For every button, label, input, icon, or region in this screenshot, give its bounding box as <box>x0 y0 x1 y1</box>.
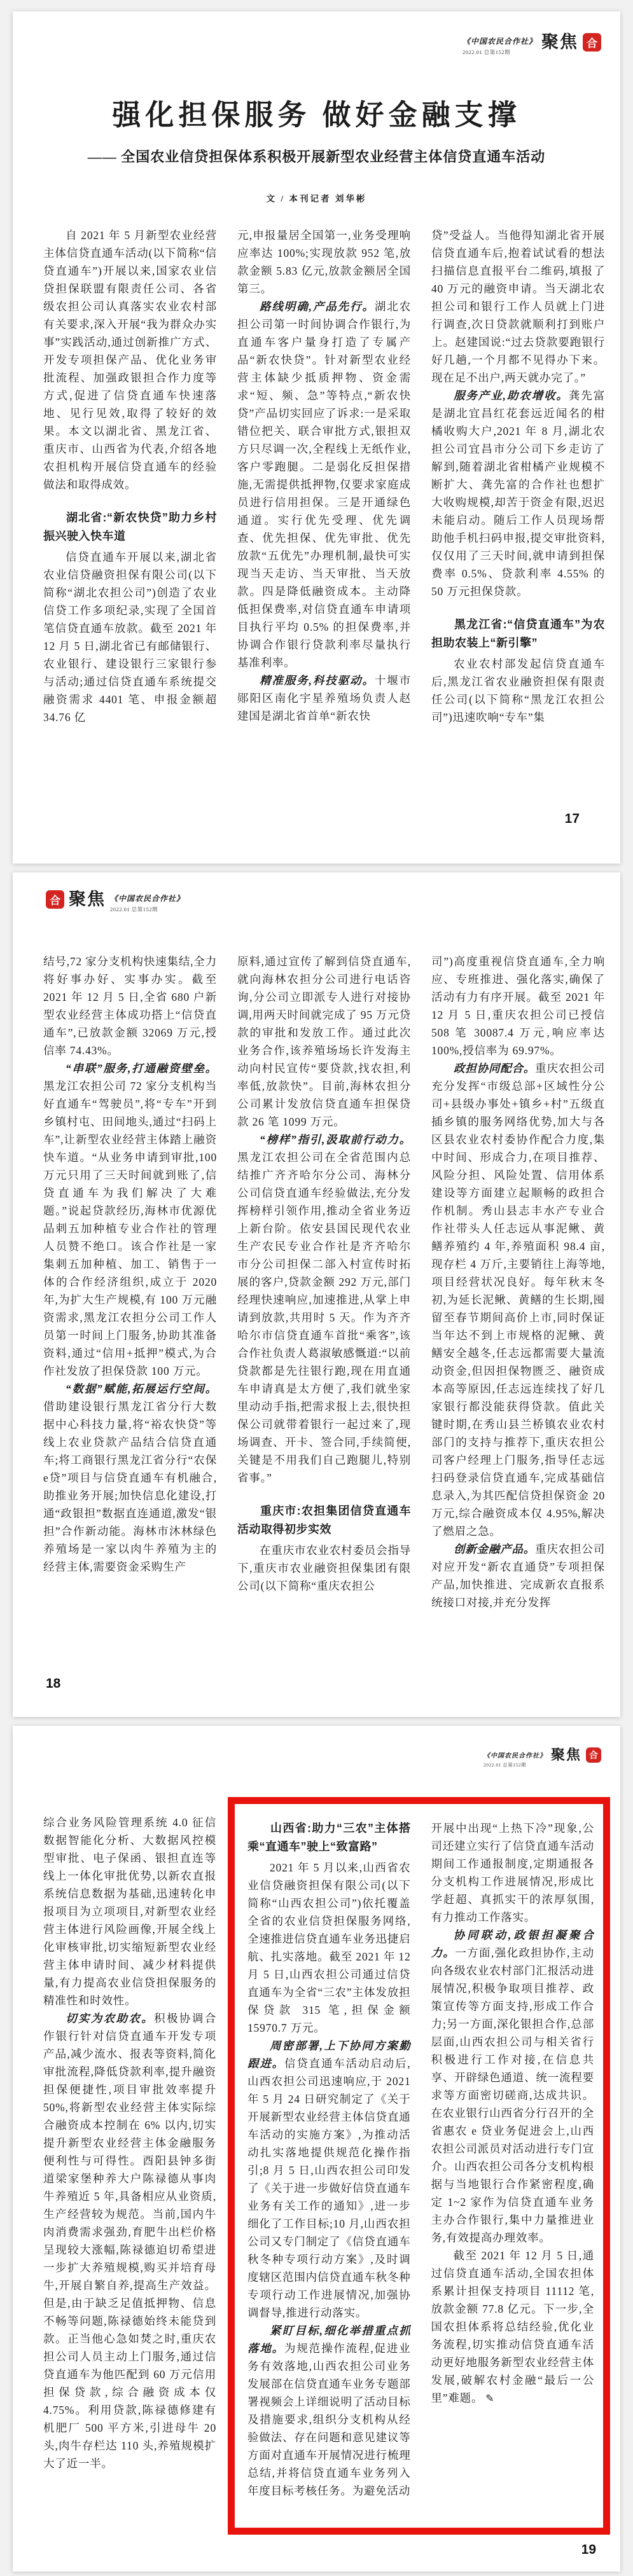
paragraph: “数据”赋能,拓展运行空间。借助建设银行黑龙江省分行大数据中心科技力量,将“裕农… <box>43 1380 217 1576</box>
paragraph: 创新金融产品。重庆农担公司对应开发“新农直通贷”专项担保产品,加快推进、完成新农… <box>431 1540 605 1611</box>
page-19: 《中国农民合作社》 2022.01 总第152期 聚焦 合 综合业务风险管理系统… <box>13 1726 620 2572</box>
journal-name: 《中国农民合作社》 <box>483 1750 546 1760</box>
paragraph: “串联”服务,打通融资壁垒。黑龙江农担公司 72 家分支机构当好直通车“驾驶员”… <box>43 1059 217 1380</box>
section-title: 聚焦 <box>69 890 106 908</box>
column-2: 原料,通过宣传了解到信贷直通车,就向海林农担分公司进行电话咨询,分公司立即派专人… <box>237 953 411 1663</box>
text-columns: 结号,72 家分支机构快速集结,全力将好事办好、实事办实。截至 2021 年 1… <box>43 953 605 1663</box>
journal-name: 《中国农民合作社》 <box>463 36 537 46</box>
masthead: 合 聚焦 《中国农民合作社》 2022.01 总第152期 <box>46 890 184 913</box>
paragraph: 2021 年 5 月以来,山西省农业信贷融资担保有限公司(以下简称“山西农担公司… <box>247 1859 411 2037</box>
paragraph: 截至 2021 年 12 月 5 日,通过信贷直通车活动,全国农担体系累计担保支… <box>431 2247 595 2408</box>
issue-info: 2022.01 总第152期 <box>110 906 158 913</box>
section-title: 聚焦 <box>551 1747 581 1762</box>
highlight-red-box: 山西省:助力“三农”主体搭乘“直通车”驶上“致富路” 2021 年 5 月以来,… <box>228 1797 610 2535</box>
section-heading-chongqing: 重庆市:农担集团信贷直通车活动取得初步实效 <box>237 1502 411 1539</box>
article-end-pencil-icon: ✎ <box>483 2393 494 2404</box>
issue-info: 2022.01 总第152期 <box>483 1761 526 1768</box>
paragraph: 周密部署,上下协同方案勤跟进。信贷直通车活动启动后,山西农担公司迅速响应,于 2… <box>247 2037 411 2322</box>
page-number: 18 <box>46 1676 60 1691</box>
paragraph: 自 2021 年 5 月新型农业经营主体信贷直通车活动(以下简称“信贷直通车”)… <box>43 226 217 493</box>
magazine-seal-icon: 合 <box>46 890 64 909</box>
paragraph: 综合业务风险管理系统 4.0 征信数据智能化分析、大数据风控模型审批、电子保函、… <box>43 1814 216 2009</box>
masthead: 《中国农民合作社》 2022.01 总第152期 聚焦 合 <box>483 1747 601 1768</box>
magazine-seal-icon: 合 <box>583 33 601 52</box>
paragraph: 农业农村部发起信贷直通车后,黑龙江省农业融资担保有限责任公司(以下简称“黑龙江农… <box>431 655 605 726</box>
paragraph: 司”)高度重视信贷直通车,全力响应、专班推进、强化落实,确保了活动有力有序开展。… <box>431 953 605 1059</box>
section-title: 聚焦 <box>541 33 578 51</box>
page-17: 《中国农民合作社》 2022.01 总第152期 聚焦 合 强化担保服务 做好金… <box>13 11 620 864</box>
column-3: 开展中出现“上热下冷”现象,公司还建立实行了信贷直通车活动期间工作通报制度,定期… <box>431 1819 595 2523</box>
column-3: 司”)高度重视信贷直通车,全力响应、专班推进、强化落实,确保了活动有力有序开展。… <box>431 953 605 1663</box>
section-heading-shanxi: 山西省:助力“三农”主体搭乘“直通车”驶上“致富路” <box>247 1819 411 1856</box>
page-number: 19 <box>581 2542 596 2558</box>
article-title: 强化担保服务 做好金融支撑 <box>13 92 620 133</box>
column-2: 山西省:助力“三农”主体搭乘“直通车”驶上“致富路” 2021 年 5 月以来,… <box>247 1819 411 2523</box>
paragraph: 开展中出现“上热下冷”现象,公司还建立实行了信贷直通车活动期间工作通报制度,定期… <box>431 1819 595 1926</box>
paragraph: 原料,通过宣传了解到信贷直通车,就向海林农担分公司进行电话咨询,分公司立即派专人… <box>237 953 411 1131</box>
paragraph: “榜样”指引,汲取前行动力。黑龙江农担公司在全省范围内总结推广齐齐哈尔分公司、海… <box>237 1131 411 1487</box>
text-columns: 自 2021 年 5 月新型农业经营主体信贷直通车活动(以下简称“信贷直通车”)… <box>43 226 605 800</box>
column-1: 结号,72 家分支机构快速集结,全力将好事办好、实事办实。截至 2021 年 1… <box>43 953 217 1663</box>
paragraph: 元,申报量居全国第一,业务受理响应率达 100%;实现放款 952 笔,放款金额… <box>237 226 411 298</box>
column-1: 自 2021 年 5 月新型农业经营主体信贷直通车活动(以下简称“信贷直通车”)… <box>43 226 217 800</box>
section-heading-heilongjiang: 黑龙江省:“信贷直通车”为农担助农装上“新引擎” <box>431 616 605 652</box>
magazine-seal-icon: 合 <box>586 1747 601 1763</box>
section-heading-hubei: 湖北省:“新农快贷”助力乡村振兴驶入快车道 <box>43 509 217 546</box>
column-2: 元,申报量居全国第一,业务受理响应率达 100%;实现放款 952 笔,放款金额… <box>237 226 411 800</box>
page-18: 合 聚焦 《中国农民合作社》 2022.01 总第152期 结号,72 家分支机… <box>13 872 620 1717</box>
article-byline: 文 / 本刊记者 刘华彬 <box>13 191 620 204</box>
column-3: 贷”受益人。当他得知湖北省开展信贷直通车后,抱着试试看的想法扫描信息直报平台二维… <box>431 226 605 800</box>
paragraph: 政担协同配合。重庆农担公司充分发挥“市级总部+区域性分公司+县级办事处+镇乡+村… <box>431 1059 605 1540</box>
paragraph: 协同联动,政银担凝聚合力。一方面,强化政担协作,主动向各级农业农村部门汇报活动进… <box>431 1926 595 2247</box>
page-number: 17 <box>565 811 580 827</box>
paragraph: 结号,72 家分支机构快速集结,全力将好事办好、实事办实。截至 2021 年 1… <box>43 953 217 1059</box>
paragraph: 信贷直通车开展以来,湖北省农业信贷融资担保有限公司(以下简称“湖北农担公司”)创… <box>43 548 217 726</box>
magazine-scan: 《中国农民合作社》 2022.01 总第152期 聚焦 合 强化担保服务 做好金… <box>0 0 633 2576</box>
paragraph: 切实为农助农。积极协调合作银行针对信贷直通车开发专项产品,减少流水、报表等资料,… <box>43 2009 216 2472</box>
journal-name: 《中国农民合作社》 <box>110 893 184 904</box>
paragraph: 服务产业,助农增收。龚先富是湖北宜昌红花套远近闻名的柑橘收购大户,2021 年 … <box>431 387 605 600</box>
paragraph: 紧盯目标,细化举措重点抓落地。为规范操作流程,促进业务有效落地,山西农担公司业务… <box>247 2322 411 2500</box>
paragraph: 在重庆市农业农村委员会指导下,重庆市农业融资担保集团有限公司(以下简称“重庆农担… <box>237 1541 411 1595</box>
masthead: 《中国农民合作社》 2022.01 总第152期 聚焦 合 <box>463 33 601 56</box>
issue-info: 2022.01 总第152期 <box>463 48 510 56</box>
paragraph: 精准服务,科技驱动。十堰市郧阳区南化宇星养殖场负责人赵建国是湖北省首单“新农快 <box>237 672 411 725</box>
article-subtitle: —— 全国农业信贷担保体系积极开展新型农业经营主体信贷直通车活动 <box>13 146 620 166</box>
column-1: 综合业务风险管理系统 4.0 征信数据智能化分析、大数据风控模型审批、电子保函、… <box>43 1814 216 2523</box>
paragraph: 贷”受益人。当他得知湖北省开展信贷直通车后,抱着试试看的想法扫描信息直报平台二维… <box>431 226 605 387</box>
paragraph: 路线明确,产品先行。湖北农担公司第一时间协调合作银行,为直通车客户量身打造了专属… <box>237 298 411 672</box>
